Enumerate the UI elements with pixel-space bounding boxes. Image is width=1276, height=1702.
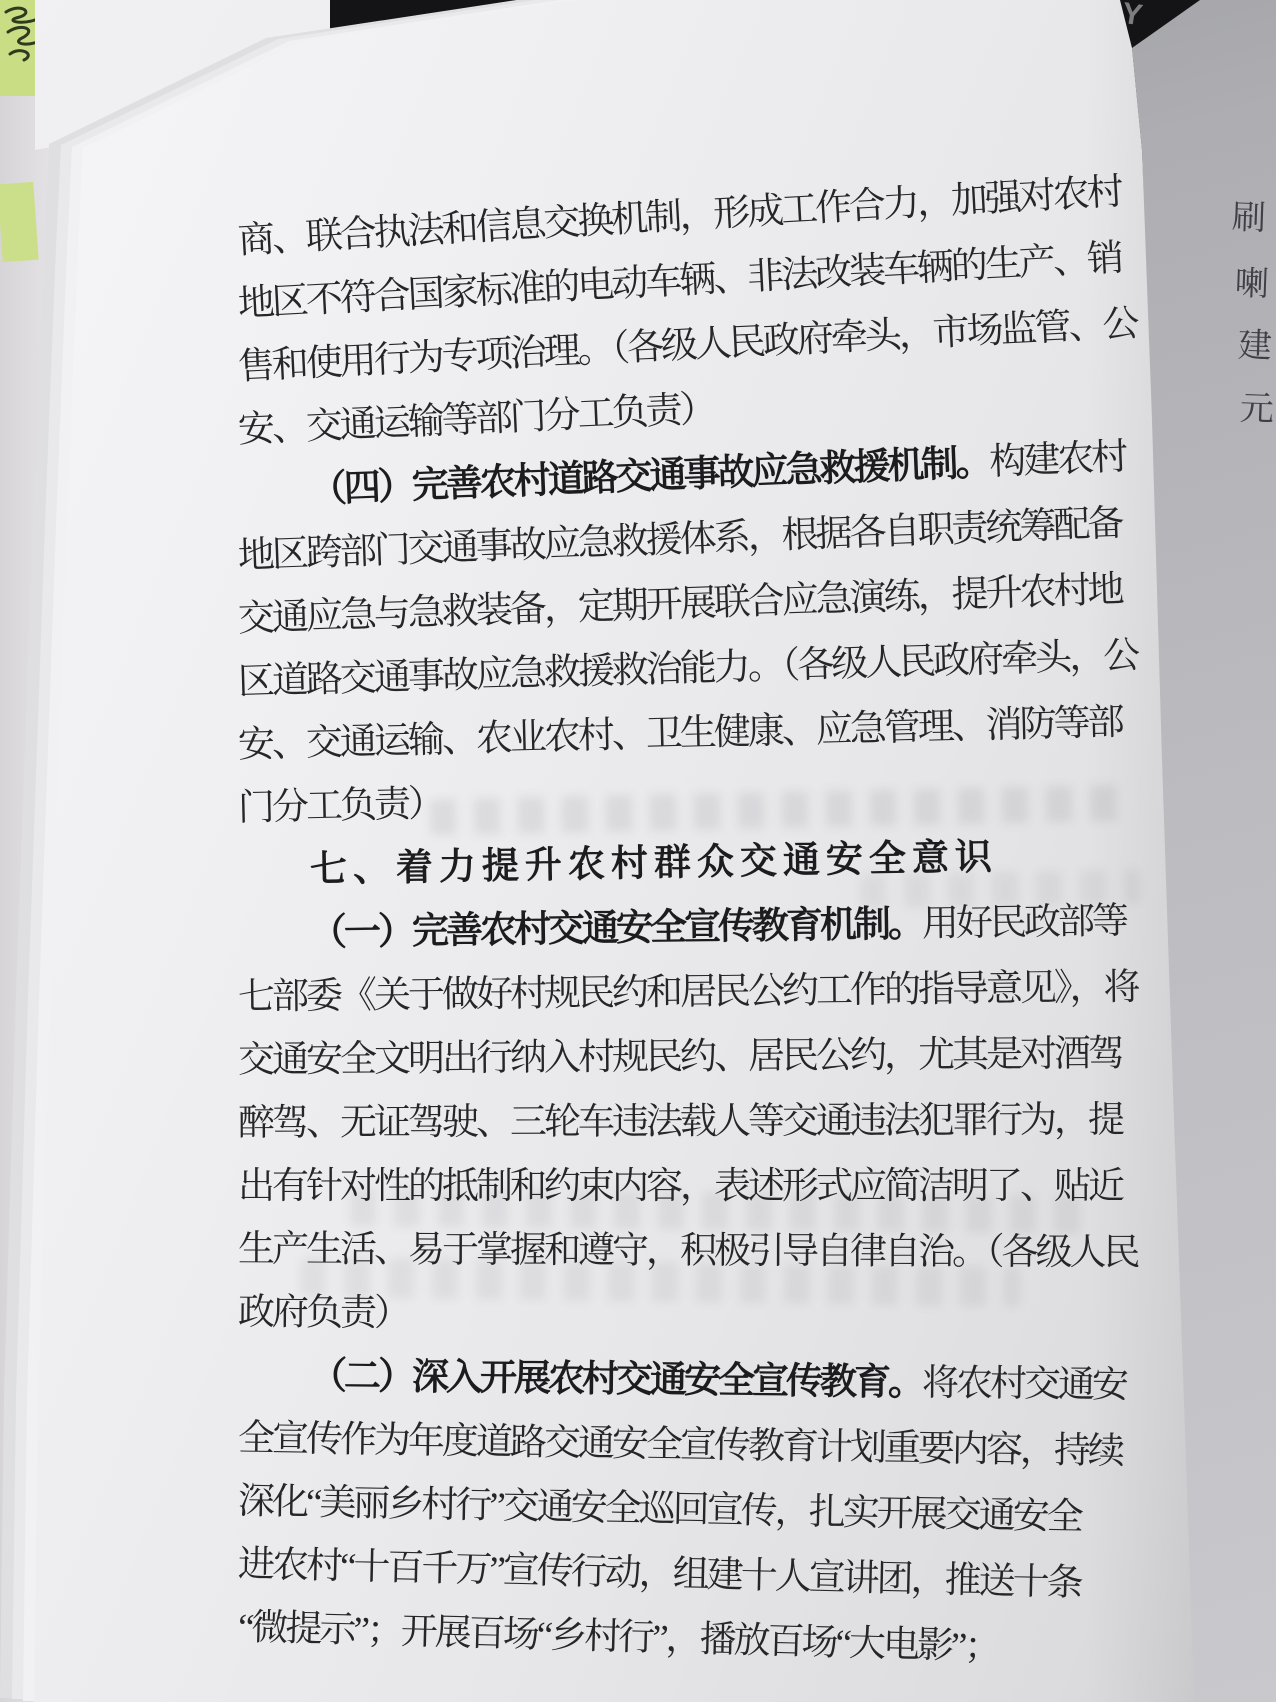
text-line: （一）完善农村交通安全宣传教育机制。用好民政部等 (238, 889, 1169, 966)
text-line: （二）深入开展农村交通安全宣传教育。将农村交通安 (238, 1344, 1169, 1418)
text-line: 出有针对性的抵制和约束内容，表述形式应简洁明了、贴近 (238, 1155, 1168, 1218)
text-line: 政府负责） (238, 1281, 1168, 1351)
document-text: 商、联合执法和信息交换机制，形成工作合力，加强对农村 地区不符合国家标准的电动车… (238, 210, 1168, 1659)
text-line: 生产生活、易于掌握和遵守，积极引导自律自治。（各级人民 (238, 1218, 1168, 1285)
document-page: 商、联合执法和信息交换机制，形成工作合力，加强对农村 地区不符合国家标准的电动车… (0, 0, 1276, 1702)
back-page-char: 刷 (1231, 189, 1269, 239)
text-line: 交通安全文明出行纳入村规民约、居民公约，尤其是对酒驾 (238, 1022, 1168, 1092)
back-page-char: 喇 (1234, 255, 1272, 305)
back-page-char: 元 (1239, 380, 1276, 430)
text-line: 七部委《关于做好村规民约和居民公约工作的指导意见》，将 (238, 956, 1169, 1029)
sticky-note-glimpse (0, 182, 39, 262)
text-line: 醉驾、无证驾驶、三轮车违法载人等交通违法犯罪行为，提 (238, 1089, 1168, 1155)
back-page-char: 建 (1237, 317, 1275, 367)
photo-scene: Y 刷 喇 建 元 商、联合执法和信息交换机制，形成工作合力，加强对农村 地区不… (0, 0, 1276, 1702)
